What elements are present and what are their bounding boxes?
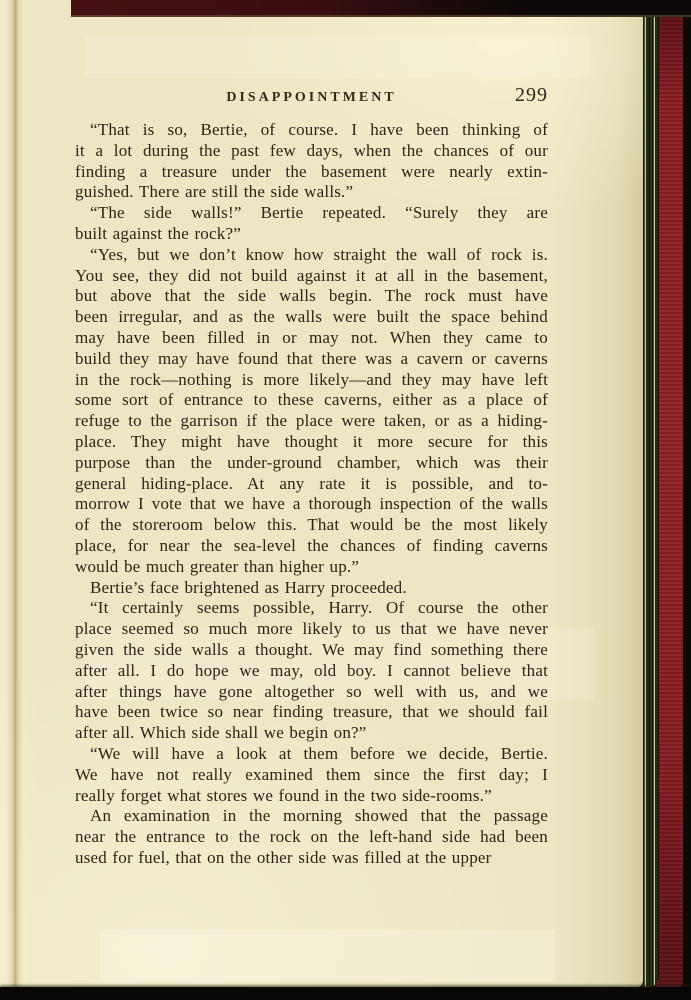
text-line: of the storeroom below this. That would … xyxy=(75,515,548,536)
text-line: near the entrance to the rock on the lef… xyxy=(75,827,548,848)
paragraph: “Yes, but we don’t know how straight the… xyxy=(75,245,548,578)
text-line: used for fuel, that on the other side wa… xyxy=(75,848,548,869)
paragraph: “It certainly seems possible, Harry. Of … xyxy=(75,598,548,744)
text-line: built against the rock?” xyxy=(75,224,548,245)
text-line: but above that the side walls begin. The… xyxy=(75,286,548,307)
page-content: DISAPPOINTMENT 299 “That is so, Bertie, … xyxy=(75,88,548,869)
text-line: place seemed so much more likely to us t… xyxy=(75,619,548,640)
text-line: morrow I vote that we have a thorough in… xyxy=(75,494,548,515)
paragraph: Bertie’s face brightened as Harry procee… xyxy=(75,578,548,599)
scan-background-bottom xyxy=(0,987,691,1000)
text-line: refuge to the garrison if the place were… xyxy=(75,411,548,432)
text-line: build they may have found that there was… xyxy=(75,349,548,370)
scan-artifact-band xyxy=(100,930,555,982)
book-scan: DISAPPOINTMENT 299 “That is so, Bertie, … xyxy=(0,0,691,1000)
text-line: “We will have a look at them before we d… xyxy=(75,744,548,765)
text-line: You see, they did not build against it a… xyxy=(75,266,548,287)
paragraph: “That is so, Bertie, of course. I have b… xyxy=(75,120,548,203)
text-line: “The side walls!” Bertie repeated. “Sure… xyxy=(75,203,548,224)
text-line: We have not really examined them since t… xyxy=(75,765,548,786)
text-line: in the rock—nothing is more likely—and t… xyxy=(75,370,548,391)
text-line: “That is so, Bertie, of course. I have b… xyxy=(75,120,548,141)
page-number: 299 xyxy=(515,85,548,105)
text-line: place. They might have thought it more s… xyxy=(75,432,548,453)
book-cover-top-edge xyxy=(71,0,691,17)
text-block: “That is so, Bertie, of course. I have b… xyxy=(75,120,548,869)
paragraph: An examination in the morning showed tha… xyxy=(75,806,548,868)
running-title: DISAPPOINTMENT xyxy=(75,90,548,106)
text-line: given the side walls a thought. We may f… xyxy=(75,640,548,661)
text-line: “It certainly seems possible, Harry. Of … xyxy=(75,598,548,619)
page-header: DISAPPOINTMENT 299 xyxy=(75,88,548,108)
text-line: guished. There are still the side walls.… xyxy=(75,182,548,203)
text-line: purpose than the under-ground chamber, w… xyxy=(75,453,548,474)
text-line: Bertie’s face brightened as Harry procee… xyxy=(75,578,548,599)
text-line: after all. Which side shall we begin on?… xyxy=(75,723,548,744)
text-line: general hiding-place. At any rate it is … xyxy=(75,474,548,495)
text-line: after things have gone altogether so wel… xyxy=(75,682,548,703)
text-line: finding a treasure under the basement we… xyxy=(75,162,548,183)
text-line: An examination in the morning showed tha… xyxy=(75,806,548,827)
text-line: may have been filled in or may not. When… xyxy=(75,328,548,349)
book-page: DISAPPOINTMENT 299 “That is so, Bertie, … xyxy=(0,0,643,988)
text-line: really forget what stores we found in th… xyxy=(75,786,548,807)
text-line: “Yes, but we don’t know how straight the… xyxy=(75,245,548,266)
text-line: some sort of entrance to these caverns, … xyxy=(75,390,548,411)
scan-artifact-band xyxy=(85,36,591,78)
text-line: been irregular, and as the walls were bu… xyxy=(75,307,548,328)
text-line: after all. I do hope we may, old boy. I … xyxy=(75,661,548,682)
text-line: have been twice so near finding treasure… xyxy=(75,702,548,723)
paragraph: “The side walls!” Bertie repeated. “Sure… xyxy=(75,203,548,245)
text-line: place, for near the sea-level the chance… xyxy=(75,536,548,557)
text-line: it a lot during the past few days, when … xyxy=(75,141,548,162)
text-line: would be much greater than higher up.” xyxy=(75,557,548,578)
paragraph: “We will have a look at them before we d… xyxy=(75,744,548,806)
book-cover-cloth xyxy=(655,0,683,994)
page-gutter-fold xyxy=(7,0,23,988)
